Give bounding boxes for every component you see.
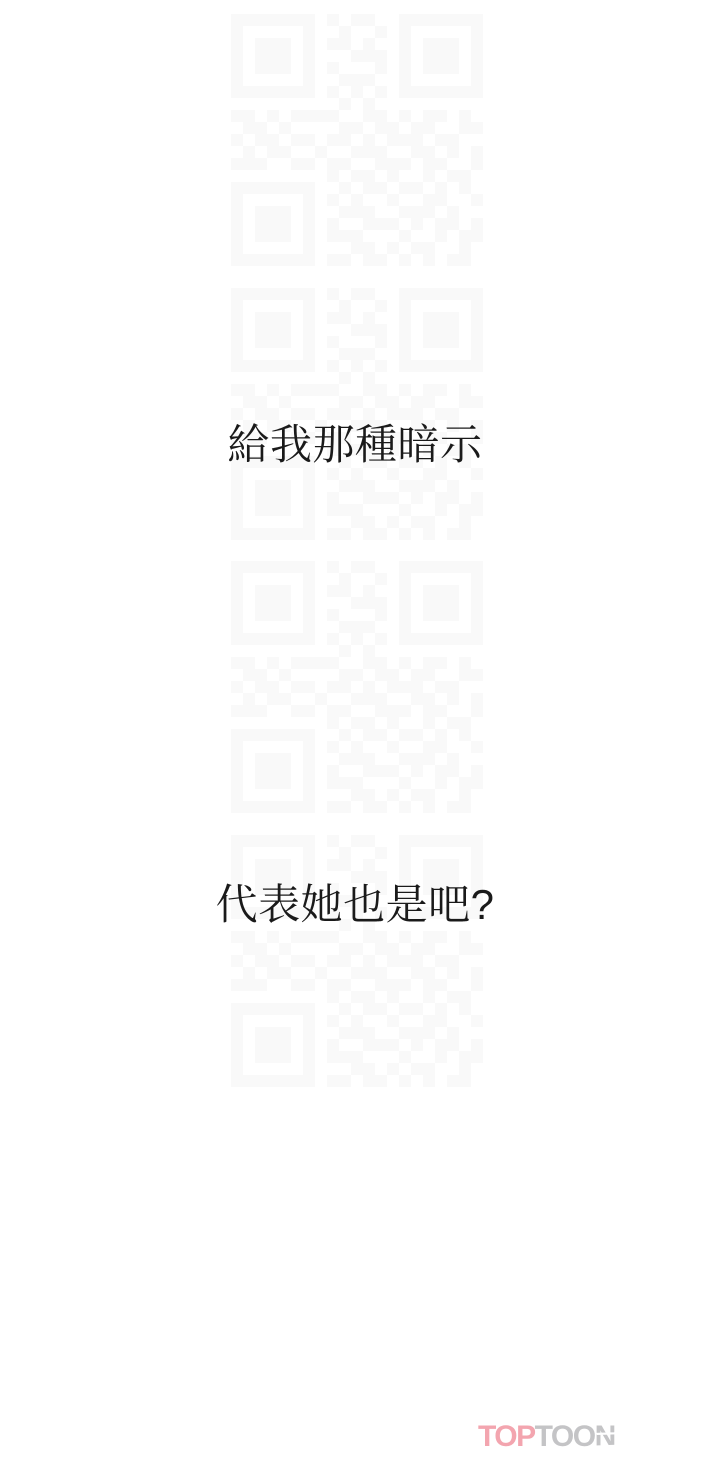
qr-code-watermark (231, 835, 483, 1087)
site-name-watermark: 三四娱乐 (590, 1404, 720, 1459)
toptoon-logo-top: TOP (478, 1420, 535, 1453)
qr-code-watermark (231, 14, 483, 266)
comic-page: 給我那種暗示 代表她也是吧? TOPTOON 三四娱乐 (0, 0, 720, 1461)
dialogue-text-2: 代表她也是吧? (0, 882, 715, 928)
qr-code-watermark (231, 561, 483, 813)
qr-watermark-layer (0, 0, 720, 1461)
qr-code-watermark (231, 288, 483, 540)
dialogue-text-1: 給我那種暗示 (0, 422, 715, 468)
